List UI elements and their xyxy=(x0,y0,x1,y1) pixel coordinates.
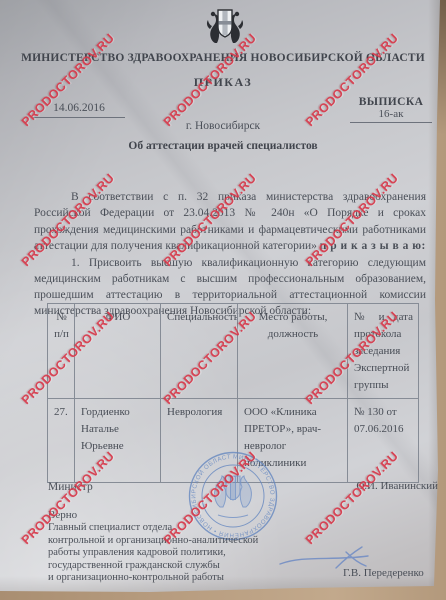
cell-protocol: № 130 от 07.06.2016 xyxy=(348,399,419,483)
prikazyvayu-bold-run: п р и к а з ы в а ю: xyxy=(320,240,426,252)
ministry-title: МИНИСТЕРСТВО ЗДРАВООХРАНЕНИЯ НОВОСИБИРСК… xyxy=(10,52,436,64)
document-paper: МИНИСТЕРСТВО ЗДРАВООХРАНЕНИЯ НОВОСИБИРСК… xyxy=(0,0,446,600)
cell-fio: Гордиенко Наталье Юрьевне xyxy=(75,399,161,483)
extract-label: ВЫПИСКА xyxy=(350,96,432,108)
certifier-name: Г.В. Передеренко xyxy=(343,567,424,579)
document-subject: Об аттестации врачей специалистов xyxy=(10,140,436,152)
col-header-specialty: Специальность xyxy=(161,304,238,399)
col-header-protocol: № и дата протокола заседания Экспертной … xyxy=(348,304,419,399)
col-header-workplace: Место работы, должность xyxy=(238,304,348,399)
novosibirsk-coat-of-arms-icon xyxy=(202,5,248,49)
extract-block: ВЫПИСКА 16-ак xyxy=(350,96,432,123)
cell-number: 27. xyxy=(48,399,75,483)
verno-label: Верно xyxy=(48,509,77,521)
minister-name: О.И. Иванинский xyxy=(352,480,438,492)
table-header-row: № п/п ФИО Специальность Место работы, до… xyxy=(48,304,419,399)
minister-title: Министр xyxy=(48,481,93,493)
certifier-position: Главный специалист отдела контрольной и … xyxy=(48,522,288,585)
document-type-title: ПРИКАЗ xyxy=(10,75,436,90)
col-header-number: № п/п xyxy=(48,304,75,399)
city-line: г. Новосибирск xyxy=(10,120,436,132)
col-header-fio: ФИО xyxy=(75,304,161,399)
document-date: 14.06.2016 xyxy=(33,102,125,118)
paragraph-preamble: В соответствии с п. 32 приказа министерс… xyxy=(34,189,426,255)
